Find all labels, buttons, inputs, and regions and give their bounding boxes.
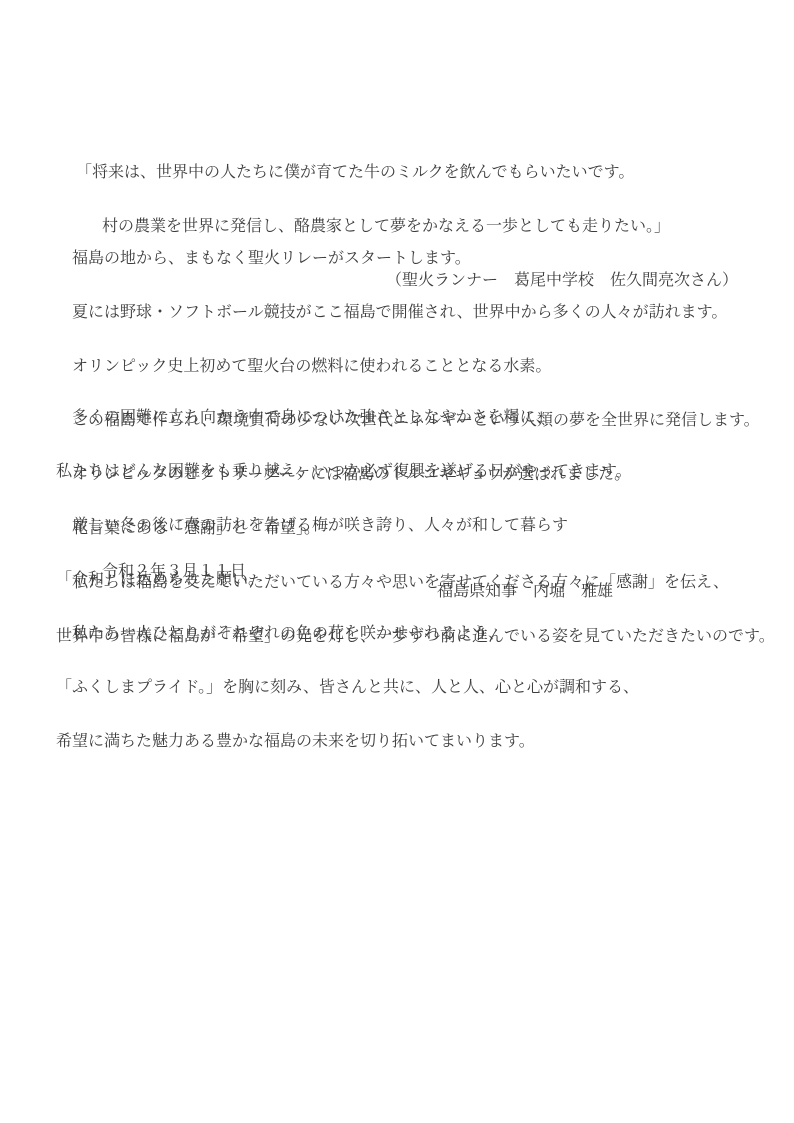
body-line: 「ふくしまプライド。」を胸に刻み、皆さんと共に、人と人、心と心が調和する、 <box>56 679 639 697</box>
body-line: 多くの困難に立ち向かう中で身につけた強さとしなやかさを糧に、 <box>56 409 639 427</box>
signature-block: 福島県知事 内堀 雅雄 <box>437 547 613 637</box>
body-line: 私たちはどんな困難をも乗り越え、いつか必ず復興を遂げる日がやってきます。 <box>56 463 639 481</box>
document-page: 「将来は、世界中の人たちに僕が育てた牛のミルクを飲んでもらいたいです。 村の農業… <box>0 0 794 1123</box>
body-line: 夏には野球・ソフトボール競技がここ福島で開催され、世界中から多くの人々が訪れます… <box>56 304 775 322</box>
date-line: 令和２年３月１１日 <box>56 563 246 581</box>
signature-line: 福島県知事 内堀 雅雄 <box>437 583 613 601</box>
quote-line-1: 「将来は、世界中の人たちに僕が育てた牛のミルクを飲んでもらいたいです。 <box>56 164 738 182</box>
body-line: 希望に満ちた魅力ある豊かな福島の未来を切り拓いてまいります。 <box>56 733 639 751</box>
body-line: 福島の地から、まもなく聖火リレーがスタートします。 <box>56 250 775 268</box>
date-block: 令和２年３月１１日 <box>56 527 246 617</box>
